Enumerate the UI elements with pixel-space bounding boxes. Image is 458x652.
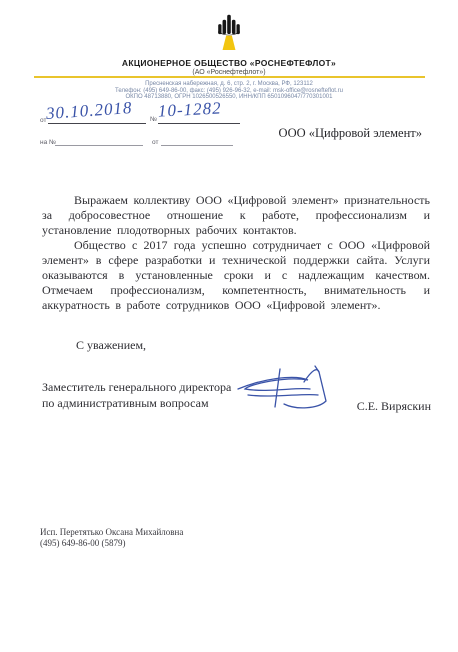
reply-date-underline bbox=[161, 145, 233, 146]
closing-salutation: С уважением, bbox=[76, 338, 146, 353]
contacts-block: Пресненская набережная, д. 6, стр. 2, г.… bbox=[0, 81, 458, 101]
company-name: АКЦИОНЕРНОЕ ОБЩЕСТВО «РОСНЕФТЕФЛОТ» bbox=[0, 58, 458, 68]
accent-divider bbox=[34, 76, 425, 78]
date-underline bbox=[48, 123, 146, 124]
signature-block: Заместитель генерального директора по ад… bbox=[42, 379, 431, 411]
reply-number-underline bbox=[55, 145, 143, 146]
executor-name: Исп. Перетятько Оксана Михайловна bbox=[40, 527, 183, 538]
paragraph: Выражаем коллективу ООО «Цифровой элемен… bbox=[42, 193, 430, 238]
handwritten-number: 10-1282 bbox=[158, 98, 223, 121]
signer-name: С.Е. Виряскин bbox=[357, 398, 431, 414]
number-label: № bbox=[150, 116, 157, 123]
handwritten-date: 30.10.2018 bbox=[45, 98, 133, 124]
executor-footer: Исп. Перетятько Оксана Михайловна (495) … bbox=[40, 527, 183, 549]
letter-document: АКЦИОНЕРНОЕ ОБЩЕСТВО «РОСНЕФТЕФЛОТ» (АО … bbox=[0, 0, 458, 652]
reply-date-label: от bbox=[152, 139, 158, 146]
reply-reference-row: на № от bbox=[40, 136, 240, 148]
handwritten-signature-icon bbox=[234, 365, 344, 421]
company-short-name: (АО «Роснефтефлот») bbox=[0, 69, 458, 76]
reply-number-label: на № bbox=[40, 139, 56, 146]
paragraph: Общество с 2017 года успешно сотрудничае… bbox=[42, 238, 430, 313]
executor-phone: (495) 649-86-00 (5879) bbox=[40, 538, 183, 549]
number-underline bbox=[158, 123, 240, 124]
letter-body: Выражаем коллективу ООО «Цифровой элемен… bbox=[42, 193, 430, 313]
recipient: ООО «Цифровой элемент» bbox=[279, 126, 422, 141]
rosneft-logo-icon bbox=[207, 14, 251, 50]
letterhead: АКЦИОНЕРНОЕ ОБЩЕСТВО «РОСНЕФТЕФЛОТ» (АО … bbox=[0, 14, 458, 76]
reference-row: от 30.10.2018 № 10-1282 bbox=[40, 100, 270, 128]
